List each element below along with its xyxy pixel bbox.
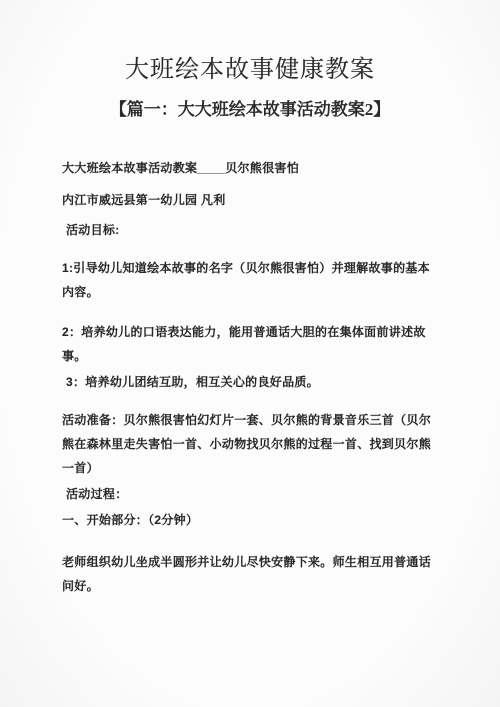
paragraph-goals-heading: 活动目标: [62,218,448,242]
paragraph-teacher-note: 老师组织幼儿坐成半圆形并让幼儿尽快安静下来。师生相互用普通话 问好。 [62,550,448,598]
scanned-document-page: 大班绘本故事健康教案 【篇一：大大班绘本故事活动教案2】 大大班绘本故事活动教案… [0,0,500,707]
paragraph-goal-2: 2：培养幼儿的口语表达能力，能用普通话大胆的在集体面前讲述故 事。 [62,320,448,368]
paragraph-process-heading: 活动过程： [62,482,448,506]
section-heading: 【篇一：大大班绘本故事活动教案2】 [0,98,500,122]
paragraph-school-author: 内江市威远县第一幼儿园 凡利 [62,188,448,212]
paragraph-goal-1: 1:引导幼儿知道绘本故事的名字（贝尔熊很害怕）并理解故事的基本 内容。 [62,256,448,304]
document-title: 大班绘本故事健康教案 [0,54,500,86]
paragraph-goal-3: 3：培养幼儿团结互助，相互关心的良好品质。 [62,370,448,394]
paragraph-part-one: 一、开始部分：（2分钟） [62,508,448,532]
paragraph-lesson-title: 大大班绘本故事活动教案____贝尔熊很害怕 [62,156,448,180]
paragraph-preparation: 活动准备：贝尔熊很害怕幻灯片一套、贝尔熊的背景音乐三首（贝尔 熊在森林里走失害怕… [62,408,448,480]
